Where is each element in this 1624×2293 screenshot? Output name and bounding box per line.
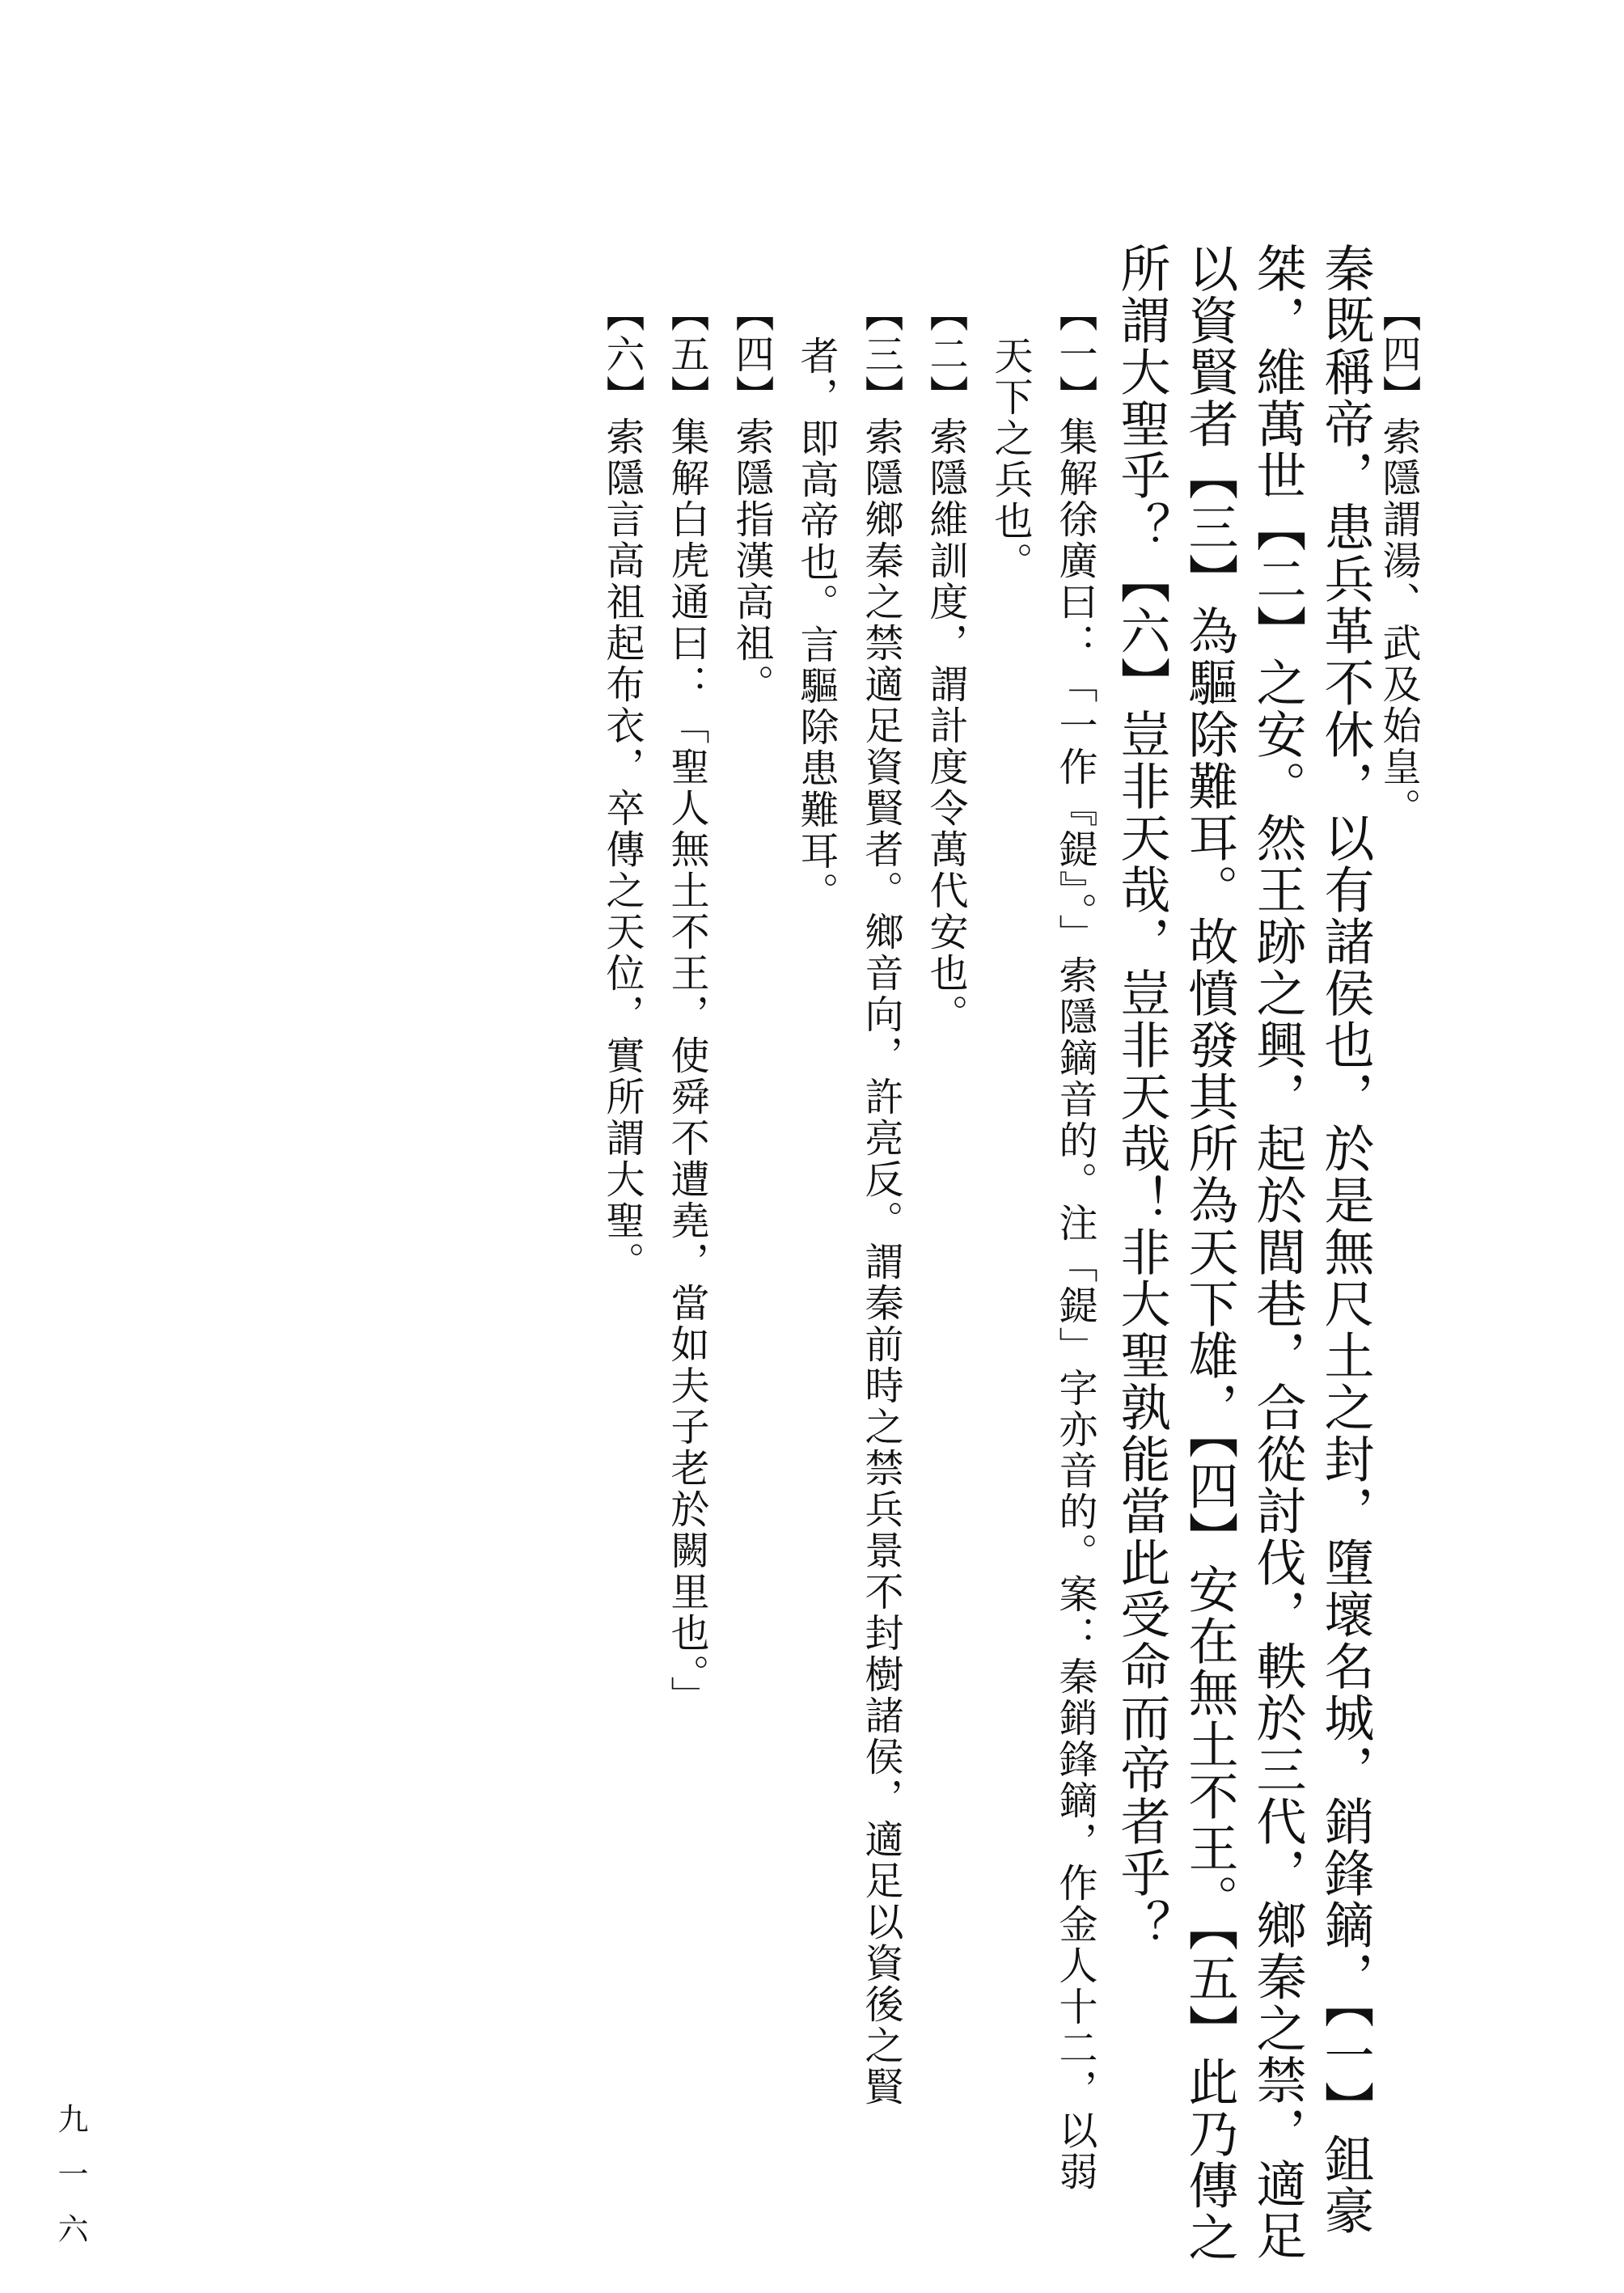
main-text-column: 秦既稱帝，患兵革不休，以有諸侯也，於是無尺土之封，墮壞名城，銷鋒鏑，【一】鉏豪 — [1320, 243, 1370, 2236]
note-column-continued: 天下之兵也。 — [991, 336, 1030, 583]
note-column: 【五】集解白虎通曰：「聖人無土不王，使舜不遭堯，當如夫子老於闕里也。」 — [667, 293, 706, 1717]
note-column: 【四】索隱謂湯、武及始皇。 — [1379, 293, 1418, 829]
note-column-continued: 者，即高帝也。言驅除患難耳。 — [797, 336, 835, 913]
note-column: 【二】索隱維訓度，謂計度令萬代安也。 — [926, 293, 965, 1035]
note-column: 【六】索隱言高祖起布衣，卒傳之天位，實所謂大聖。 — [603, 293, 641, 1283]
main-text-column: 桀，維萬世【二】之安。然王跡之興，起於閭巷，合從討伐，軼於三代，鄉秦之禁，適足 — [1252, 243, 1302, 2261]
main-text-column: 所謂大聖乎？【六】豈非天哉，豈非天哉！非大聖孰能當此受命而帝者乎？ — [1116, 243, 1166, 1951]
note-column: 【三】索隱鄉秦之禁適足資賢者。鄉音向，許亮反。謂秦前時之禁兵景不封樹諸侯，適足以… — [861, 293, 900, 2108]
note-column: 【四】索隱指漢高祖。 — [732, 293, 771, 705]
page-number: 九一六 — [49, 2103, 93, 2268]
note-column: 【一】集解徐廣曰：「一作『鍉』。」索隱鏑音的。注「鍉」字亦音的。案：秦銷鋒鏑，作… — [1055, 293, 1094, 2193]
main-text-column: 以資賢者【三】為驅除難耳。故憤發其所為天下雄，【四】安在無土不王。【五】此乃傳之 — [1184, 243, 1234, 2263]
